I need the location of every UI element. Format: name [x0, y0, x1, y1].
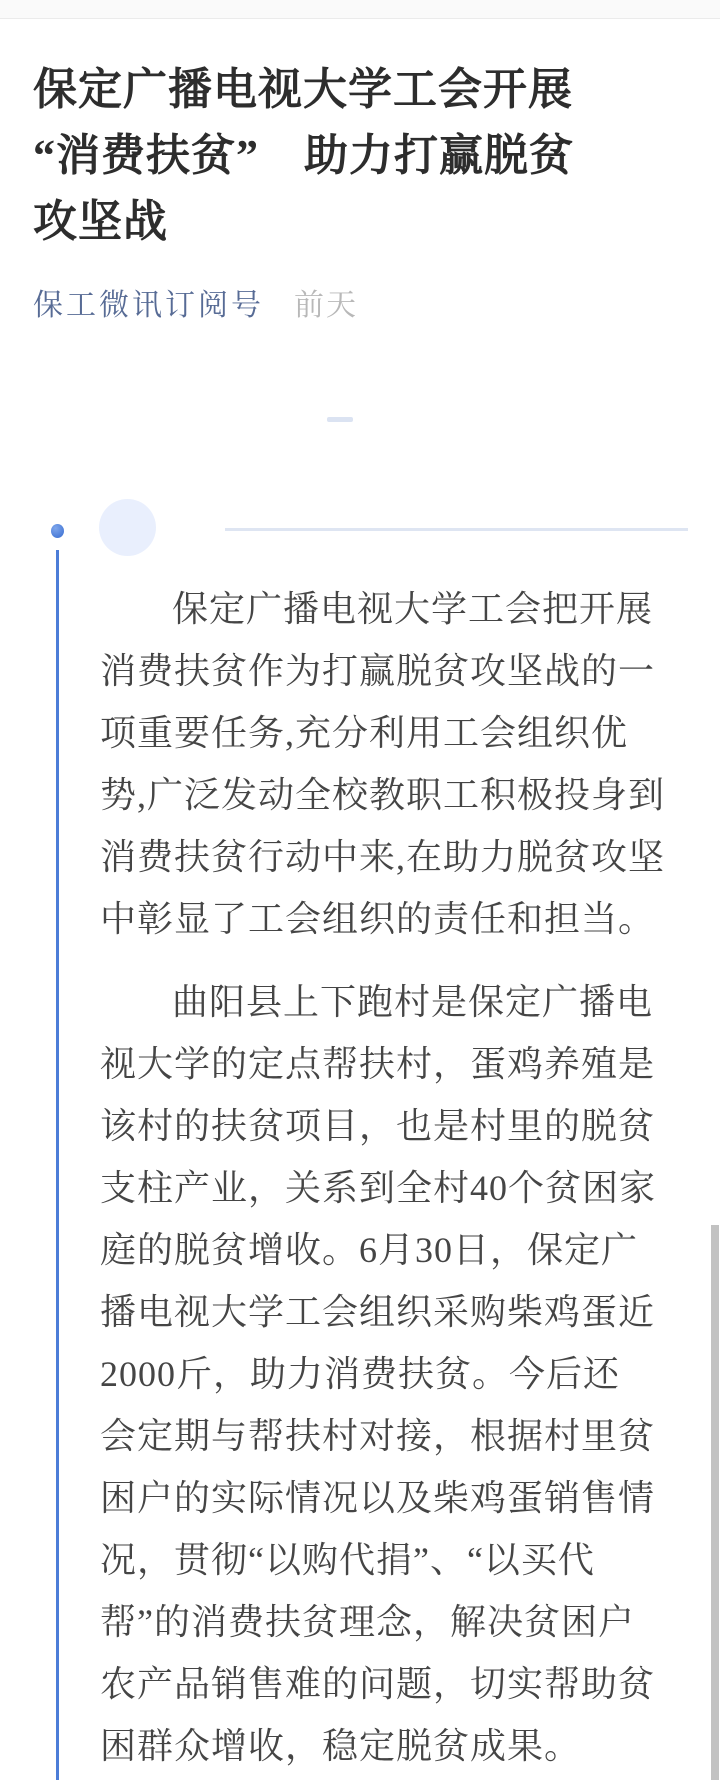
article-title: 保定广播电视大学工会开展“消费扶贫” 助力打赢脱贫攻坚战	[33, 57, 693, 255]
title-line: “消费扶贫” 助力打赢脱贫	[33, 123, 693, 189]
collapsed-content-dash	[327, 417, 353, 422]
paragraph: 曲阳县上下跑村是保定广播电视大学的定点帮扶村，蛋鸡养殖是该村的扶贫项目，也是村里…	[100, 971, 690, 1777]
text-line: 困户的实际情况以及柴鸡蛋销售情	[100, 1467, 690, 1529]
text-line: 消费扶贫行动中来,在助力脱贫攻坚	[100, 826, 690, 888]
title-line: 保定广播电视大学工会开展	[33, 57, 693, 123]
text-line: 困群众增收，稳定脱贫成果。	[100, 1715, 690, 1777]
text-line: 播电视大学工会组织采购柴鸡蛋近	[100, 1281, 690, 1343]
article-page: 保定广播电视大学工会开展“消费扶贫” 助力打赢脱贫攻坚战 保工微讯订阅号 前天 …	[0, 0, 720, 1780]
text-line: 帮”的消费扶贫理念，解决贫困户	[100, 1591, 690, 1653]
top-divider	[0, 0, 720, 19]
text-line: 保定广播电视大学工会把开展	[100, 578, 690, 640]
text-line: 势,广泛发动全校教职工积极投身到	[100, 764, 690, 826]
text-line: 农产品销售难的问题，切实帮助贫	[100, 1653, 690, 1715]
bullet-dot-icon	[51, 524, 64, 538]
text-line: 支柱产业，关系到全村40个贫困家	[100, 1157, 690, 1219]
text-line: 曲阳县上下跑村是保定广播电	[100, 971, 690, 1033]
horizontal-divider	[225, 528, 688, 531]
byline: 保工微讯订阅号 前天	[33, 288, 358, 324]
text-line: 会定期与帮扶村对接，根据村里贫	[100, 1405, 690, 1467]
quote-left-bar	[56, 550, 59, 1780]
text-line: 庭的脱贫增收。6月30日，保定广	[100, 1219, 690, 1281]
text-line: 该村的扶贫项目，也是村里的脱贫	[100, 1095, 690, 1157]
text-line: 视大学的定点帮扶村，蛋鸡养殖是	[100, 1033, 690, 1095]
text-line: 2000斤，助力消费扶贫。今后还	[100, 1343, 690, 1405]
scrollbar-thumb[interactable]	[711, 1225, 719, 1780]
text-line: 项重要任务,充分利用工会组织优	[100, 702, 690, 764]
account-name-link[interactable]: 保工微讯订阅号	[33, 288, 264, 324]
article-body: 保定广播电视大学工会把开展消费扶贫作为打赢脱贫攻坚战的一项重要任务,充分利用工会…	[100, 578, 690, 1777]
text-line: 中彰显了工会组织的责任和担当。	[100, 888, 690, 950]
text-line: 况，贯彻“以购代捐”、“以买代	[100, 1529, 690, 1591]
text-line: 消费扶贫作为打赢脱贫攻坚战的一	[100, 640, 690, 702]
paragraph: 保定广播电视大学工会把开展消费扶贫作为打赢脱贫攻坚战的一项重要任务,充分利用工会…	[100, 578, 690, 950]
publish-time: 前天	[294, 288, 358, 324]
avatar-placeholder-circle	[99, 499, 156, 556]
title-line: 攻坚战	[33, 189, 693, 255]
